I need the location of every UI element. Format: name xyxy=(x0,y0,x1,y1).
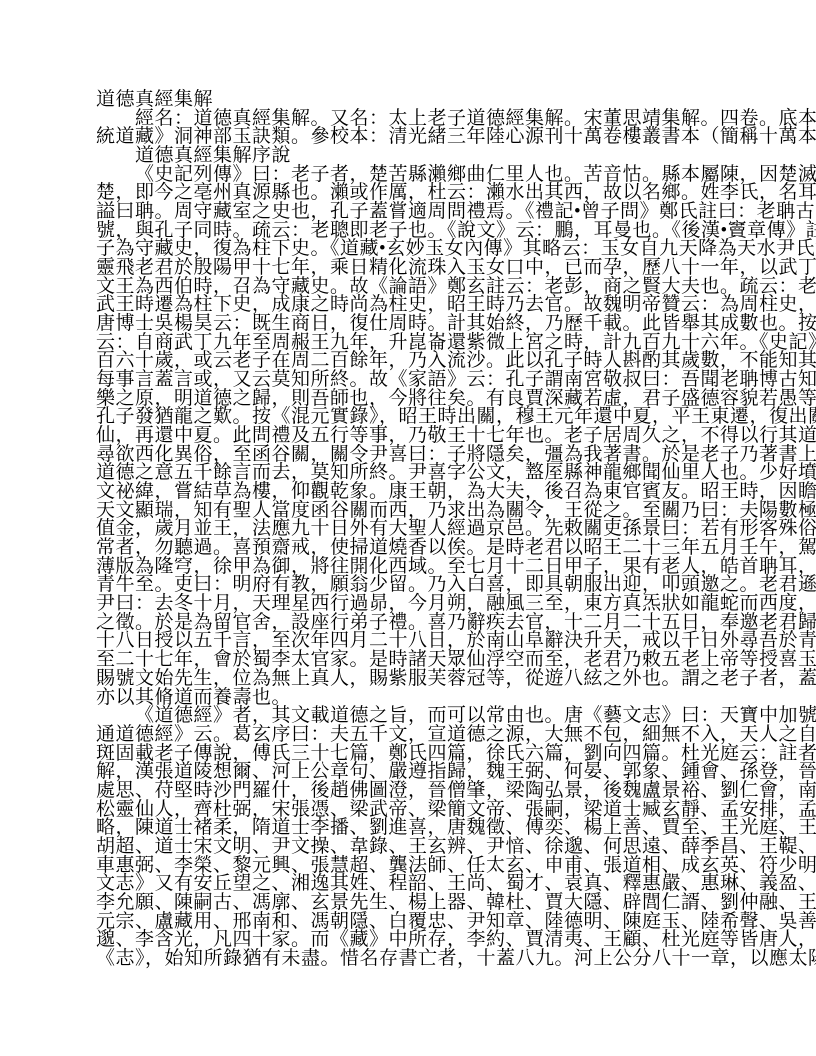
document-page: 道德真經集解 經名：道德真經集解。又名：太上老子道德經集解。宋董思靖集解。四卷。… xyxy=(0,0,816,1056)
document-title-line: 道德真經集解 xyxy=(96,91,736,110)
text-line: 每事言蓋言或，又云莫知所終。故《家語》云：孔子謂南宮敬叔曰：吾聞老聃博古知今，通… xyxy=(96,371,736,390)
text-line: 《志》，始知所錄猶有未盡。惜名存書亡者，十蓋八九。河上公分八十一章，以應太陽之極… xyxy=(96,950,736,969)
text-line: 常者，勿聽過。喜預齋戒，使掃道燒香以俟。是時老君以昭王二十三年五月壬午，駕青牛車… xyxy=(96,539,736,558)
text-line: 處思、苻堅時沙門羅什，後趙佛圖澄，晉僧肇，梁陶弘景，後魏盧景裕、劉仁會，南齊顧歡… xyxy=(96,782,736,801)
text-line: 通道德經》云。葛玄序曰：夫五千文，宣道德之源，大無不包，細無不入，天人之自然經也… xyxy=(96,726,736,745)
text-line: 賜號文始先生，位為無上真人，賜紫服芙蓉冠等，從遊八絃之外也。謂之老子者，蓋生而白… xyxy=(96,670,736,689)
text-line: 道德真經集解序說 xyxy=(96,147,736,166)
text-line: 文祕緯，嘗結草為樓，仰觀乾象。康王朝，為大夫，後召為東官賓友。昭王時，因瞻紫炁西… xyxy=(96,483,736,502)
text-line: 胡超、道士宋文明、尹文操、韋錄、王玄辨、尹愔、徐邈、何思遠、薛季昌、王鞮、趙志堅… xyxy=(96,838,736,857)
text-line: 仙，再還中夏。此問禮及五行等事，乃敬王十七年也。老子居周久之，不得以行其道，乃去… xyxy=(96,427,736,446)
body-lines: 經名：道德真經集解。又名：太上老子道德經集解。宋董思靖集解。四卷。底本出處：《正… xyxy=(96,110,736,969)
text-line: 靈飛老君於殷陽甲十七年，乘日精化流珠入玉女口中，已而孕，歷八十一年，以武丁九年降… xyxy=(96,259,736,278)
text-line: 尹曰：去冬十月，天理星西行過昴，今月朔，融風三至，東方真炁狀如龍蛇而西度，此大聖… xyxy=(96,595,736,614)
text-line: 謚曰聃。周守藏室之史也，孔子蓋嘗適周問禮焉。《禮記•曾子問》鄭氏註曰：老聃古壽考… xyxy=(96,203,736,222)
text-line: 唐博士吳楊昊云：既生商日，復仕周時。計其始終，乃歷千載。此皆舉其成數也。按《實錄… xyxy=(96,315,736,334)
text-block: 道德真經集解 經名：道德真經集解。又名：太上老子道德經集解。宋董思靖集解。四卷。… xyxy=(96,91,736,969)
text-line: 李允願、陳嗣古、馮廓、玄景先生、楊上器、韓杜、賈大隱、辟閭仁諝、劉仲融、王肅、戴… xyxy=(96,894,736,913)
